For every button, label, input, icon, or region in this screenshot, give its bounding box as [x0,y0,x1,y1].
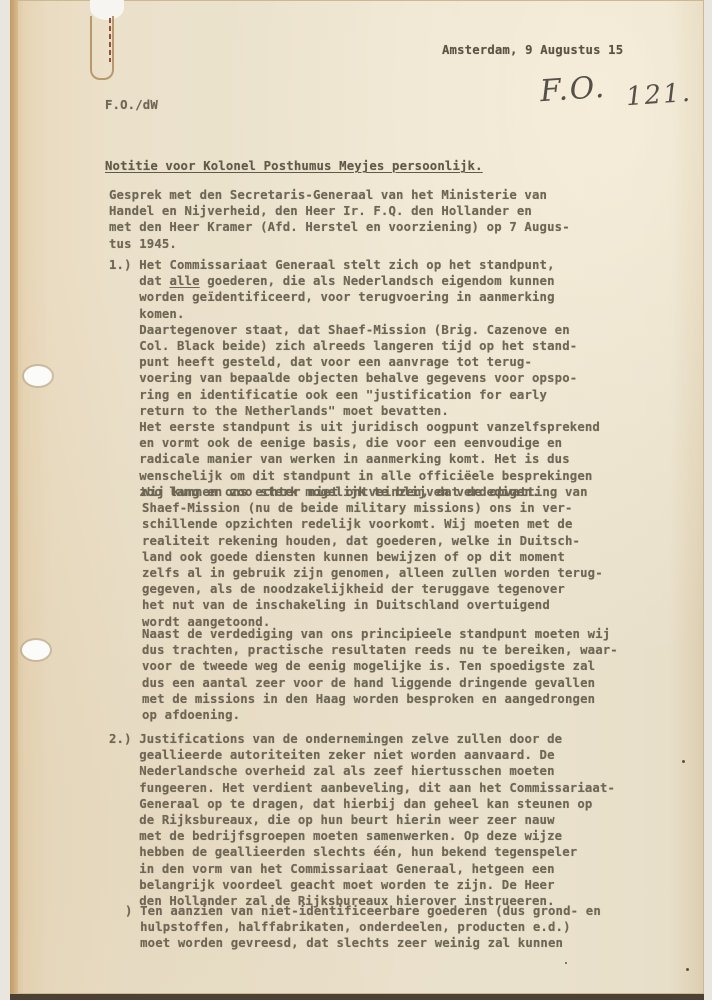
text-line: Shaef-Mission (nu de beide military miss… [142,501,573,515]
text-line: Naast de verdediging van ons principieel… [142,627,610,641]
document-title: Notitie voor Kolonel Posthumus Meyjes pe… [105,158,483,174]
section-number: ) [125,904,133,918]
paper-speck [682,760,685,763]
intro-line: Handel en Nijverheid, den Heer Ir. F.Q. … [109,204,532,218]
text-line: en vormt ook de eenige basis, die voor e… [139,436,562,450]
handwritten-folio-prefix: F.O. [539,70,607,110]
text-line: radicale manier van werken in aanmerking… [139,452,570,466]
text-line: met de missions in den Haag worden bespr… [142,692,595,706]
section-number: 2.) [109,732,132,746]
text-line: met de bedrijfsgroepen moeten samenwerke… [139,829,562,843]
text-line: dus trachten, practische resultaten reed… [142,643,618,657]
text-line: Daartegenover staat, dat Shaef-Mission (… [139,323,570,337]
text-line: dus een aantal zeer voor de hand liggend… [142,676,595,690]
text-line: Wij kunnen ons echter niet ontveinzen, d… [142,485,588,499]
text-line: return to the Netherlands" moet bevatten… [139,404,449,418]
text-line: Nederlandsche overheid zal als zeef hier… [139,764,554,778]
text-line: zelfs al in gebruik zijn genomen, alleen… [142,566,603,580]
section-1-paragraph-2: Wij kunnen ons echter niet ontveinzen, d… [142,484,603,630]
text-line: punt heeft gesteld, dat voor een aanvrag… [139,355,532,369]
text-line: voor de tweede weg de eenig mogelijke is… [142,659,595,673]
text-line: belangrijk voordeel geacht moet worden t… [139,878,554,892]
text-line: worden geïdentificeerd, voor terugvoerin… [139,290,554,304]
text-line: Justifications van de ondernemingen zelv… [139,732,562,746]
intro-line: tus 1945. [109,237,177,251]
text-line: ring en identificatie ook een "justifica… [139,388,547,402]
text-line: Ten aanzien van niet-identificeerbare go… [140,904,601,918]
emphasized-word: alle [169,274,199,288]
intro-paragraph: Gesprek met den Secretaris-Generaal van … [109,187,570,252]
section-number: 1.) [109,258,132,272]
text-line: Col. Black beide) zich alreeds langeren … [139,339,577,353]
text-line: voering van bepaalde objecten behalve ge… [139,371,577,385]
intro-line: Gesprek met den Secretaris-Generaal van … [109,188,547,202]
place-date: Amsterdam, 9 Augustus 15 [442,42,623,58]
paper-speck [686,968,689,971]
punch-hole-top [24,366,52,386]
text-line: Het eerste standpunt is uit juridisch oo… [139,420,600,434]
document-page: Amsterdam, 9 Augustus 15 F.O. 121. F.O./… [10,0,704,994]
text-line: hebben de geallieerden slechts één, hun … [139,845,577,859]
text-line: geallieerde autoriteiten zeker niet word… [139,748,554,762]
text-line: komen. [139,307,184,321]
punch-hole-bottom [22,640,50,660]
text-line: schillende opzichten redelijk voorkomt. … [142,517,573,531]
intro-line: met den Heer Kramer (Afd. Herstel en voo… [109,220,570,234]
text-line: dat alle goederen, die als Nederlandsch … [139,274,554,288]
text-line: gegeven, als de noodzakelijkheid der ter… [142,582,565,596]
section-1-paragraph-3: Naast de verdediging van ons principieel… [142,626,618,723]
paper-speck [565,962,567,964]
handwritten-folio-number: 121. [625,78,693,113]
section-1: 1.) Het Commissariaat Generaal stelt zic… [109,257,600,500]
section-3: ) Ten aanzien van niet-identificeerbare … [125,903,601,952]
text-line: moet worden gevreesd, dat slechts zeer w… [140,936,563,950]
reference-code: F.O./dW [105,97,158,113]
text-line: de Rijksbureaux, die op hun beurt hierin… [139,813,554,827]
text-line: het nut van de inschakeling in Duitschla… [142,598,550,612]
text-line: land ook goede diensten kunnen bewijzen … [142,550,565,564]
staple-rust-mark [109,18,111,62]
text-line: in den vorm van het Commissariaat Genera… [139,862,554,876]
text-line: op afdoening. [142,708,240,722]
text-line: realiteit rekening houden, dat goederen,… [142,534,580,548]
text-line: fungeeren. Het verdient aanbeveling, dit… [139,781,615,795]
text-line: Het Commissariaat Generaal stelt zich op… [139,258,554,272]
text-line: hulpstoffen, halffabrikaten, onderdeelen… [140,920,571,934]
paper-left-edge [10,0,18,994]
text-line: wenschelijk om dit standpunt in alle off… [139,469,592,483]
section-2: 2.) Justifications van de ondernemingen … [109,731,615,909]
text-line: Generaal op te dragen, dat hierbij dan g… [139,797,592,811]
